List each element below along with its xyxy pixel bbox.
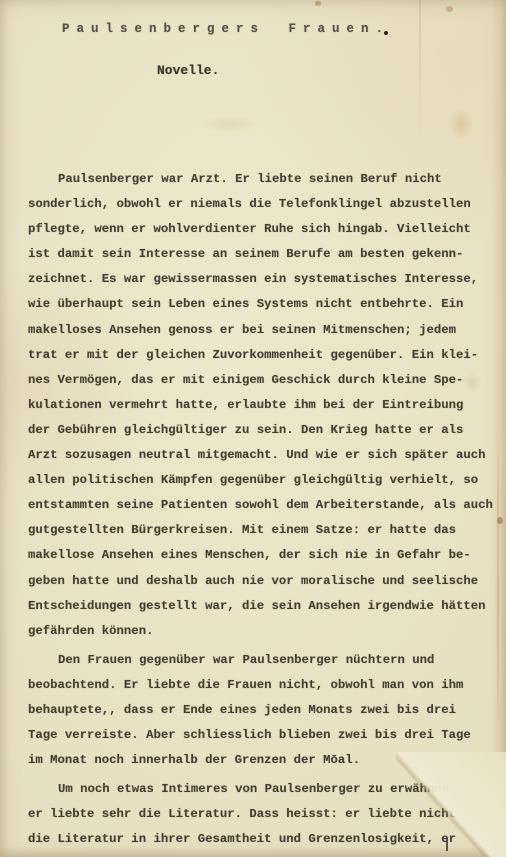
paragraph-1: Paulsenberger war Arzt. Er liebte seinen… <box>28 167 498 644</box>
paragraph-2: Den Frauen gegenüber war Paulsenberger n… <box>28 648 498 773</box>
text-line: gefährden können. <box>28 619 498 644</box>
text-line: makellose Ansehen eines Menschen, der si… <box>28 543 498 568</box>
page-title: Paulsenbergers Frauen. <box>62 22 390 36</box>
text-line: allen politischen Kämpfen gegenüber glei… <box>28 468 498 493</box>
text-line: sonderlich, obwohl er niemals die Telefo… <box>28 192 498 217</box>
text-line: der Gebühren gleichgültiger zu sein. Den… <box>28 418 498 443</box>
text-line: Den Frauen gegenüber war Paulsenberger n… <box>28 648 498 673</box>
foxing-speck <box>446 6 453 12</box>
foxing-speck <box>315 1 321 6</box>
text-line: Paulsenberger war Arzt. Er liebte seinen… <box>28 167 498 192</box>
foxing-smudge <box>448 108 474 140</box>
page-subtitle: Novelle. <box>157 63 219 78</box>
manuscript-page: Paulsenbergers Frauen. Novelle. Paulsenb… <box>0 0 506 857</box>
text-line: pflegte, wenn er wohlverdienter Ruhe sic… <box>28 217 498 242</box>
text-line: entstammten seine Patienten sowohl dem A… <box>28 493 498 518</box>
text-line: makelloses Ansehen genoss er bei seinen … <box>28 318 498 343</box>
text-line: geben hatte und deshalb auch nie vor mor… <box>28 569 498 594</box>
text-line: Arzt sozusagen neutral mitgemacht. Und w… <box>28 443 498 468</box>
text-line: ist damit sein Interesse an seinem Beruf… <box>28 242 498 267</box>
text-line: Entscheidungen gestellt war, die sein An… <box>28 594 498 619</box>
text-line: Tage verreiste. Aber schliesslich bliebe… <box>28 723 498 748</box>
text-line: beobachtend. Er liebte die Frauen nicht,… <box>28 673 498 698</box>
foxing-smudge <box>200 115 260 133</box>
text-line: gutgestellten Bürgerkreisen. Mit einem S… <box>28 518 498 543</box>
paragraph-3: Um noch etwas Intimeres von Paulsenberge… <box>28 777 498 852</box>
text-line: zeichnet. Es war gewissermassen ein syst… <box>28 267 498 292</box>
text-line: im Monat noch innerhalb der Grenzen der … <box>28 748 498 773</box>
text-line: nes Vermögen, das er mit einigem Geschic… <box>28 368 498 393</box>
text-line: die Literatur in ihrer Gesamtheit und Gr… <box>28 827 498 852</box>
text-line: wie überhaupt sein Leben eines Systems n… <box>28 292 498 317</box>
text-line: er liebte sehr die Literatur. Dass heiss… <box>28 802 498 827</box>
text-line: behauptete,, dass er Ende eines jeden Mo… <box>28 698 498 723</box>
text-line: trat er mit der gleichen Zuvorkommenheit… <box>28 343 498 368</box>
body-text: Paulsenberger war Arzt. Er liebte seinen… <box>28 167 498 853</box>
text-line: kulationen vermehrt hatte, erlaubte ihm … <box>28 393 498 418</box>
paper-crease <box>419 0 421 160</box>
text-line: Um noch etwas Intimeres von Paulsenberge… <box>28 777 498 802</box>
